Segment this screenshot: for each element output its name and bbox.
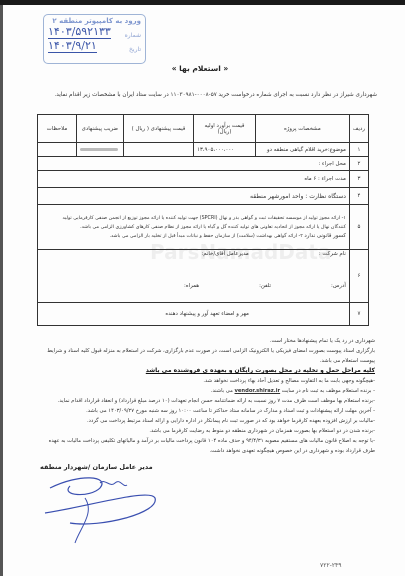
- offered-coefficient-field: [76, 143, 123, 157]
- header-project-spec: مشخصات پروژه: [255, 115, 349, 143]
- stamp-date: ۱۴۰۳/۹/۲۱: [48, 40, 97, 53]
- vendor-site-link[interactable]: vendor.shiraz.ir: [235, 388, 281, 394]
- supervision-unit: دستگاه نظارت : واحد امورشهر منطقه: [38, 188, 350, 205]
- stamp-title: ورود به کامپیوتر منطقه ۲: [48, 17, 141, 25]
- contact-line: آدرس: تلفن: همراه:: [41, 283, 346, 289]
- document-title: « استعلام بها »: [150, 64, 250, 73]
- company-info-cell: نام شرکت : مدیرعامل آقای/خانم: آدرس: تلف…: [38, 250, 350, 303]
- note-1: شهرداری در رد یک یا تمام پیشنهادها مختار…: [40, 336, 375, 346]
- header-offered-price: قیمت پیشنهادی ( ریال ): [123, 115, 193, 143]
- company-line: نام شرکت : مدیرعامل آقای/خانم:: [41, 251, 346, 257]
- entry-stamp: ورود به کامپیوتر منطقه ۲ شماره ۱۴۰۳/۵۹۲۱…: [43, 14, 146, 64]
- handwritten-signature: [40, 468, 170, 548]
- note-9: -با توجه به اصلاح قانون مالیات های مستقی…: [40, 436, 375, 456]
- project-subject: موضوع:خرید اقلام گیاهی منطقه دو: [255, 143, 349, 157]
- initial-estimate-value: ۱۳،۹۰۵،۰۰۰،۰۰۰: [194, 143, 256, 157]
- row-index: ۷: [349, 303, 368, 326]
- execution-duration: مدت اجراء : ۶ ماه: [38, 171, 350, 188]
- stamp-number: ۱۴۰۳/۵۹۲۱۳۳: [48, 26, 111, 39]
- table-row: ۶ نام شرکت : مدیرعامل آقای/خانم: آدرس: ت…: [38, 250, 369, 303]
- scan-left-edge: [0, 5, 3, 576]
- note-4: - برنده استعلام موظف به ثبت نام در سایت …: [40, 386, 375, 396]
- table-row: ۷ مهر و امضاء تعهد آور و پیشنهاد دهنده: [38, 303, 369, 326]
- header-initial-estimate: قیمت برآورد اولیه (ریال): [194, 115, 256, 143]
- requirements-cell: ۱- ارائه مجوز تولید از موسسه تحقیقات ثبت…: [38, 205, 350, 250]
- requirement-1: ۱- ارائه مجوز تولید از موسسه تحقیقات ثبت…: [41, 214, 346, 232]
- requirement-2-line: کسور قانونی ندارد ۲- ارائه گواهی بهداشت …: [41, 232, 346, 241]
- seal-signature-label: مهر و امضاء تعهد آور و پیشنهاد دهنده: [165, 311, 249, 317]
- note-8: -برنده شدن در دو استعلام بها بصورت همزما…: [40, 426, 375, 436]
- table-row: ۲ محل اجراء :: [38, 157, 369, 171]
- note-6: - آخرین مهلت ارائه پیشنهادات و ثبت اسناد…: [40, 406, 375, 416]
- table-header-row: ردیف مشخصات پروژه قیمت برآورد اولیه (ریا…: [38, 115, 369, 143]
- stamp-number-label: شماره: [125, 32, 141, 39]
- redacted-mark: [80, 148, 118, 151]
- manager-label: مدیرعامل آقای/خانم:: [201, 251, 248, 257]
- row-index: ۳: [349, 171, 368, 188]
- row-index: ۴: [349, 188, 368, 205]
- stamp-date-label: تاریخ: [129, 46, 141, 53]
- header-offered-coefficient: ضریب پیشنهادی: [76, 115, 123, 143]
- note-transport-bold: کلیه مراحل حمل و تخلیه در محل بصورت رایگ…: [40, 366, 375, 376]
- offered-price-field: [123, 143, 193, 157]
- table-row: ۱ موضوع:خرید اقلام گیاهی منطقه دو ۱۳،۹۰۵…: [38, 143, 369, 157]
- requirement-2: ۲- ارائه گواهی بهداشت (سلامت) از سازمان …: [109, 234, 302, 239]
- row-index: ۱: [349, 143, 368, 157]
- note-4-suffix: می باشند.: [211, 388, 233, 394]
- note-5: -برنده استعلام بها موظف است ظرف مدت ۷ رو…: [40, 396, 375, 406]
- scan-top-border: [0, 0, 405, 5]
- legal-deductions: کسور قانونی ندارد: [304, 233, 346, 239]
- mobile-label: همراه:: [184, 283, 199, 289]
- intro-paragraph: شهرداری شیراز در نظر دارد نسبت به اجرای …: [30, 88, 377, 103]
- row-index: ۶: [349, 250, 368, 303]
- note-4-text: - برنده استعلام موظف به ثبت نام در سایت: [282, 388, 375, 394]
- seal-signature-cell: مهر و امضاء تعهد آور و پیشنهاد دهنده: [38, 303, 350, 326]
- phone-label: تلفن:: [259, 283, 271, 289]
- note-7: -مالیات بر ارزش افزوده بعهده کارفرما خوا…: [40, 416, 375, 426]
- table-row: ۵ ۱- ارائه مجوز تولید از موسسه تحقیقات ث…: [38, 205, 369, 250]
- header-row-number: ردیف: [349, 115, 368, 143]
- company-name-label: نام شرکت :: [319, 251, 346, 257]
- header-notes: ملاحظات: [38, 115, 77, 143]
- terms-notes: شهرداری در رد یک یا تمام پیشنهادها مختار…: [40, 336, 375, 456]
- execution-location: محل اجراء :: [38, 157, 350, 171]
- footer-code: ۷۲۲-۲۴۹: [320, 562, 342, 569]
- table-row: ۴ دستگاه نظارت : واحد امورشهر منطقه: [38, 188, 369, 205]
- inquiry-table: ردیف مشخصات پروژه قیمت برآورد اولیه (ریا…: [37, 114, 369, 326]
- notes-field: [38, 143, 77, 157]
- row-index: ۵: [349, 205, 368, 250]
- note-3: -هیچگونه وجهی بابت ما به التفاوت مصالح و…: [40, 376, 375, 386]
- row-index: ۲: [349, 157, 368, 171]
- note-2: بارگزاری اسناد پیوست بصورت امضای فیزیکی …: [40, 346, 375, 366]
- address-label: آدرس:: [331, 283, 346, 289]
- table-row: ۳ مدت اجراء : ۶ ماه: [38, 171, 369, 188]
